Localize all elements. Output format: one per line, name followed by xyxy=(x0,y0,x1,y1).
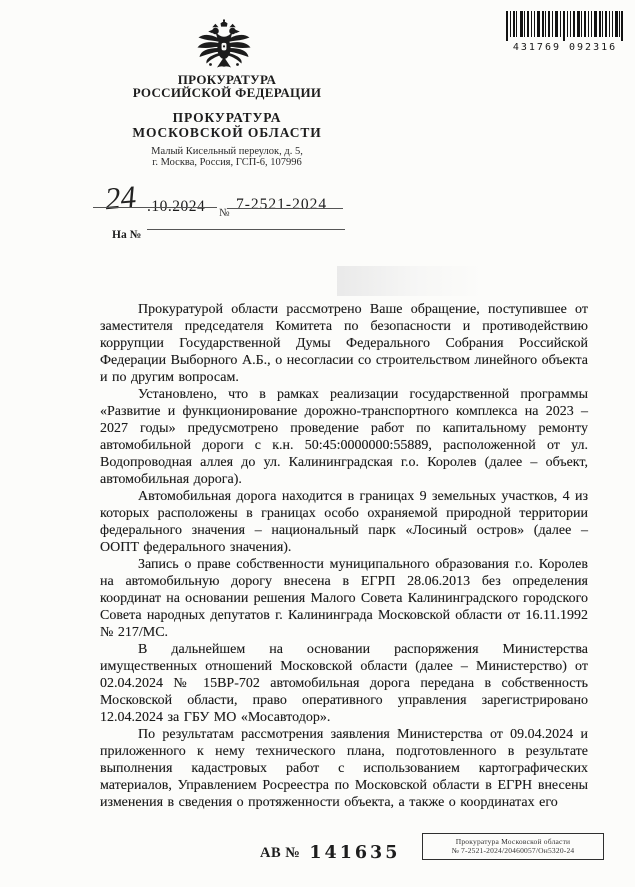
coat-of-arms-icon xyxy=(196,19,252,74)
paragraph-4: Запись о праве собственности муниципальн… xyxy=(100,556,588,641)
handwritten-day: 24 xyxy=(104,181,138,215)
paragraph-5: В дальнейшем на основании распоряжения М… xyxy=(100,641,588,726)
form-series-number: АВ №141635 xyxy=(260,843,400,863)
org-address-line2: г. Москва, Россия, ГСП-6, 107996 xyxy=(62,158,392,169)
paragraph-2: Установлено, что в рамках реализации гос… xyxy=(100,386,588,488)
incoming-ref-label: На № xyxy=(112,229,141,241)
regional-org-name: ПРОКУРАТУРА МОСКОВСКОЙ ОБЛАСТИ xyxy=(62,111,392,140)
barcode-digits: 431769 092316 xyxy=(506,42,624,53)
stamp-number-line: № 7-2521-2024/20460057/Он5320-24 xyxy=(423,846,603,856)
scanned-letter-page: 431769 092316 xyxy=(0,0,635,887)
redaction-mark xyxy=(337,266,485,296)
federal-org-name: ПРОКУРАТУРА РОССИЙСКОЙ ФЕДЕРАЦИИ xyxy=(62,74,392,99)
outgoing-number: 7-2521-2024 xyxy=(236,196,327,214)
paragraph-3: Автомобильная дорога находится в граница… xyxy=(100,488,588,556)
registration-stamp: Прокуратура Московской области № 7-2521-… xyxy=(422,833,604,860)
number-underline xyxy=(227,208,343,209)
barcode: 431769 092316 xyxy=(506,11,624,53)
paragraph-6: По результатам рассмотрения заявления Ми… xyxy=(100,726,588,811)
org-address: Малый Кисельный переулок, д. 5, г. Москв… xyxy=(62,147,392,169)
date-underline xyxy=(93,207,217,208)
federal-org-line2: РОССИЙСКОЙ ФЕДЕРАЦИИ xyxy=(62,87,392,100)
stamp-org-line: Прокуратура Московской области xyxy=(423,837,603,847)
form-series-label: АВ № xyxy=(260,845,300,861)
letter-body: Прокуратурой области рассмотрено Ваше об… xyxy=(100,301,588,811)
regional-org-line1: ПРОКУРАТУРА xyxy=(62,111,392,126)
paragraph-1: Прокуратурой области рассмотрено Ваше об… xyxy=(100,301,588,386)
regional-org-line2: МОСКОВСКОЙ ОБЛАСТИ xyxy=(62,126,392,141)
barcode-bars-icon xyxy=(506,11,624,41)
form-number-digits: 141635 xyxy=(309,843,400,863)
incoming-ref-underline xyxy=(147,229,345,230)
